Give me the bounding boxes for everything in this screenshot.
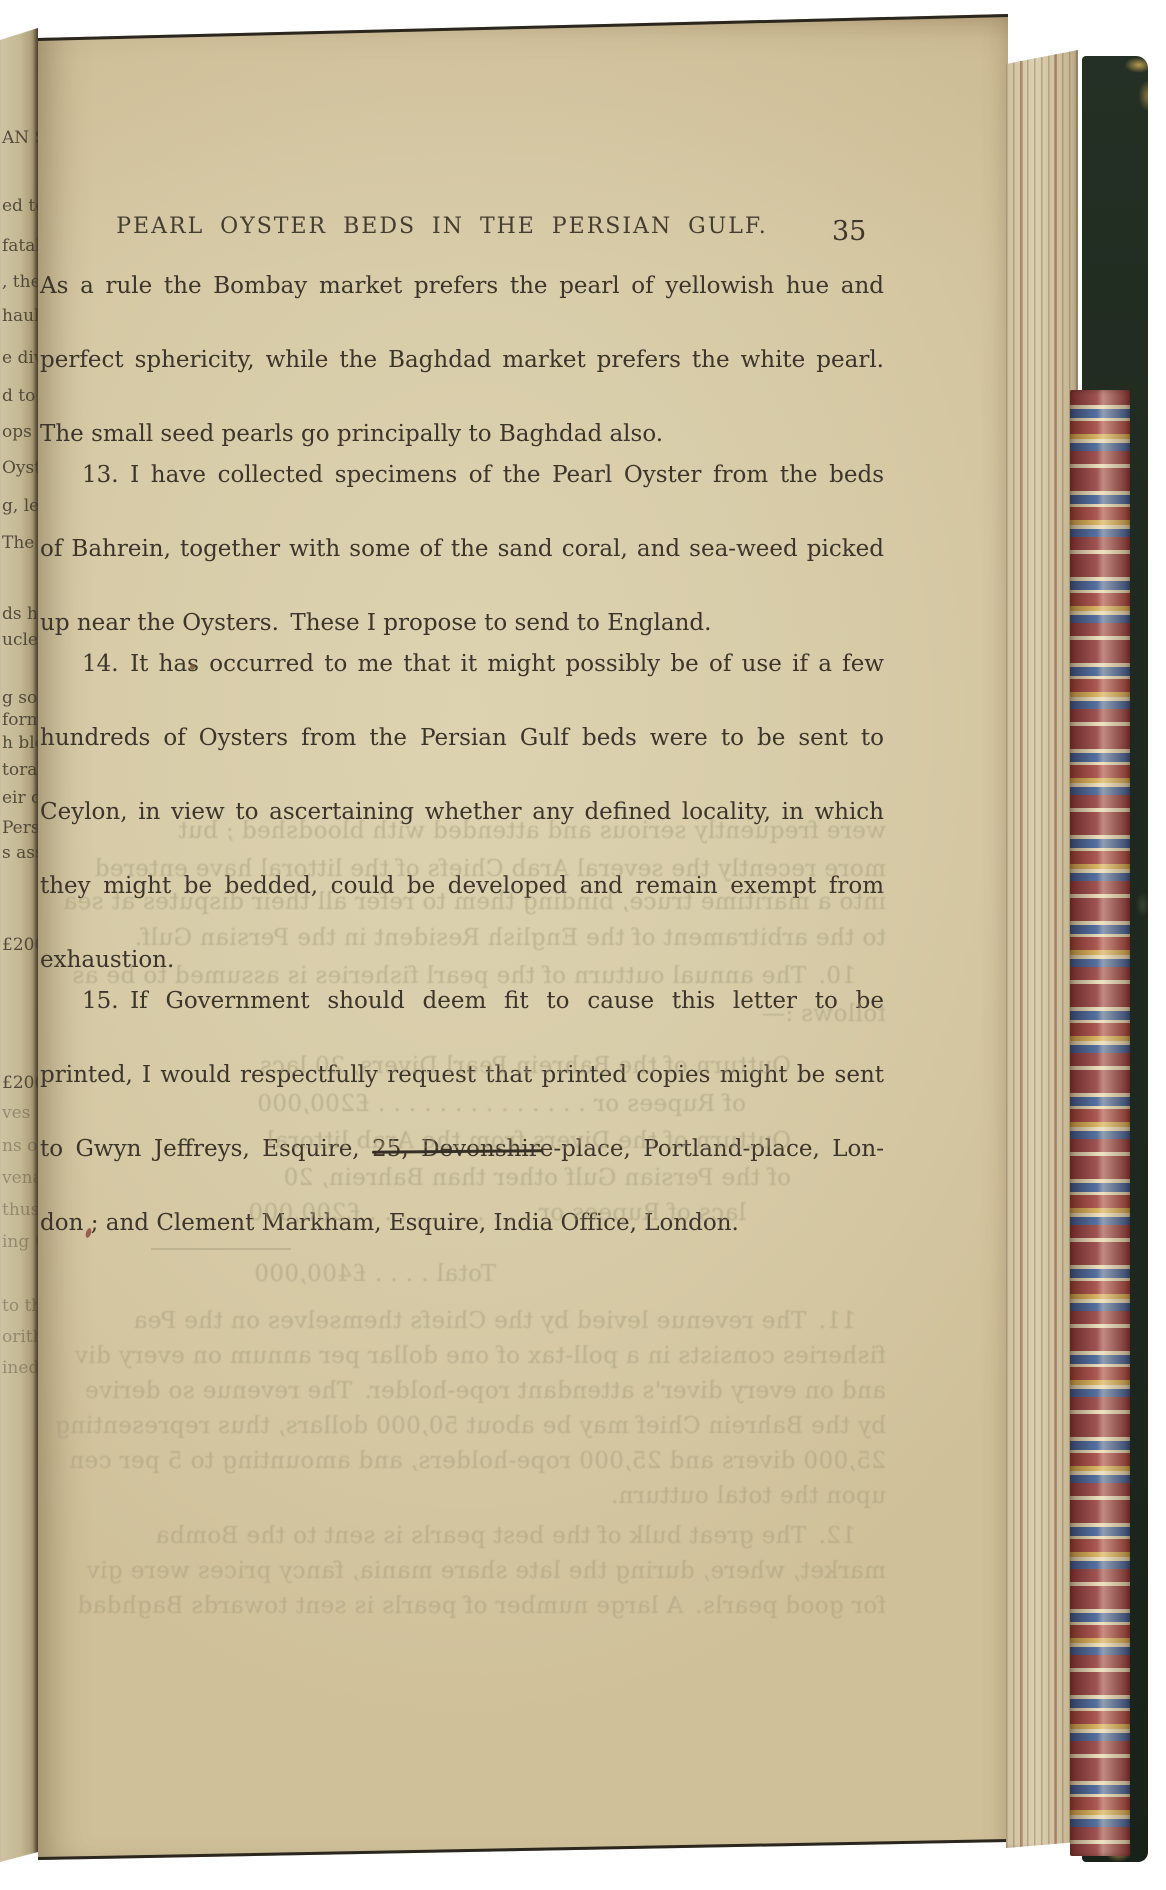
text-fragment: ined	[2, 1358, 38, 1378]
text-fragment: ds havi	[2, 604, 38, 624]
book-page: PEARL OYSTER BEDS IN THE PERSIAN GULF. 3…	[38, 14, 1008, 1860]
text-line: Ceylon, in view to ascertaining whether …	[40, 794, 884, 868]
text-fragment: venal	[2, 1168, 38, 1188]
text-fragment: ops ov	[2, 422, 38, 442]
text-fragment: s assum	[2, 843, 38, 863]
text-fragment: Persian G	[2, 818, 38, 838]
book-photo: AN Sed to befatal. l, the fuhaul tae div…	[0, 0, 1166, 1890]
text-fragment: orith	[2, 1327, 38, 1347]
text-fragment: £200	[2, 1073, 38, 1093]
ink-spot	[190, 664, 195, 670]
text-line: up near the Oysters. These I propose to …	[40, 605, 884, 642]
text-line: 14. It has occurred to me that it might …	[40, 646, 884, 720]
page-edges-stack	[1006, 46, 1078, 1848]
text-fragment: The sto	[2, 533, 38, 553]
text-fragment: thus	[2, 1200, 38, 1220]
paragraph: 15. If Government should deem fit to cau…	[40, 983, 884, 1242]
page-header: PEARL OYSTER BEDS IN THE PERSIAN GULF. 3…	[40, 214, 884, 254]
page-text-layer: PEARL OYSTER BEDS IN THE PERSIAN GULF. 3…	[40, 14, 884, 1860]
text-fragment: fatal. l	[2, 236, 38, 256]
text-line: they might be bedded, could be developed…	[40, 868, 884, 942]
text-line: As a rule the Bombay market prefers the …	[40, 268, 884, 342]
text-line: don ; and Clement Markham, Esquire, Indi…	[40, 1205, 884, 1242]
text-fragment: to th	[2, 1296, 38, 1316]
text-fragment: ing th	[2, 1232, 38, 1252]
paragraph: As a rule the Bombay market prefers the …	[40, 268, 884, 453]
text-fragment: e diver	[2, 348, 38, 368]
text-fragment: ucle att	[2, 630, 38, 650]
text-line: of Bahrein, together with some of the sa…	[40, 531, 884, 605]
text-fragment: formerly	[2, 710, 38, 730]
adjacent-page-edge: AN Sed to befatal. l, the fuhaul tae div…	[0, 0, 38, 1890]
text-line: perfect sphericity, while the Baghdad ma…	[40, 342, 884, 416]
text-fragment: ns of	[2, 1136, 38, 1156]
text-line: hundreds of Oysters from the Persian Gul…	[40, 720, 884, 794]
text-fragment: g so m	[2, 688, 38, 708]
text-line: exhaustion.	[40, 942, 884, 979]
text-fragment: eir disp	[2, 788, 38, 808]
text-fragment: £200,0	[2, 935, 38, 955]
text-fragment: haul ta	[2, 306, 38, 326]
text-fragment: h blood	[2, 733, 38, 753]
text-line: The small seed pearls go principally to …	[40, 416, 884, 453]
text-line: 13. I have collected specimens of the Pe…	[40, 457, 884, 531]
text-fragment: Oysters	[2, 458, 38, 478]
marbled-fore-edge	[1070, 390, 1130, 1856]
text-line: printed, I would respectfully request th…	[40, 1057, 884, 1131]
running-head: PEARL OYSTER BEDS IN THE PERSIAN GULF.	[40, 214, 884, 239]
paragraph: 14. It has occurred to me that it might …	[40, 646, 884, 979]
text-fragment: ves in	[2, 1103, 38, 1123]
text-fragment: ed to be	[2, 196, 38, 216]
paragraph: 13. I have collected specimens of the Pe…	[40, 457, 884, 642]
text-fragment: AN S	[2, 128, 38, 148]
text-line: to Gwyn Jeffreys, Esquire, 25, Devonshir…	[40, 1131, 884, 1205]
text-fragment: , the fu	[2, 272, 38, 292]
text-fragment: d to hi	[2, 386, 38, 406]
text-line: 15. If Government should deem fit to cau…	[40, 983, 884, 1057]
page-number: 35	[832, 216, 866, 247]
page-text: As a rule the Bombay market prefers the …	[40, 268, 884, 1246]
text-fragment: g, leav	[2, 496, 38, 516]
text-fragment: toral ha	[2, 760, 38, 780]
